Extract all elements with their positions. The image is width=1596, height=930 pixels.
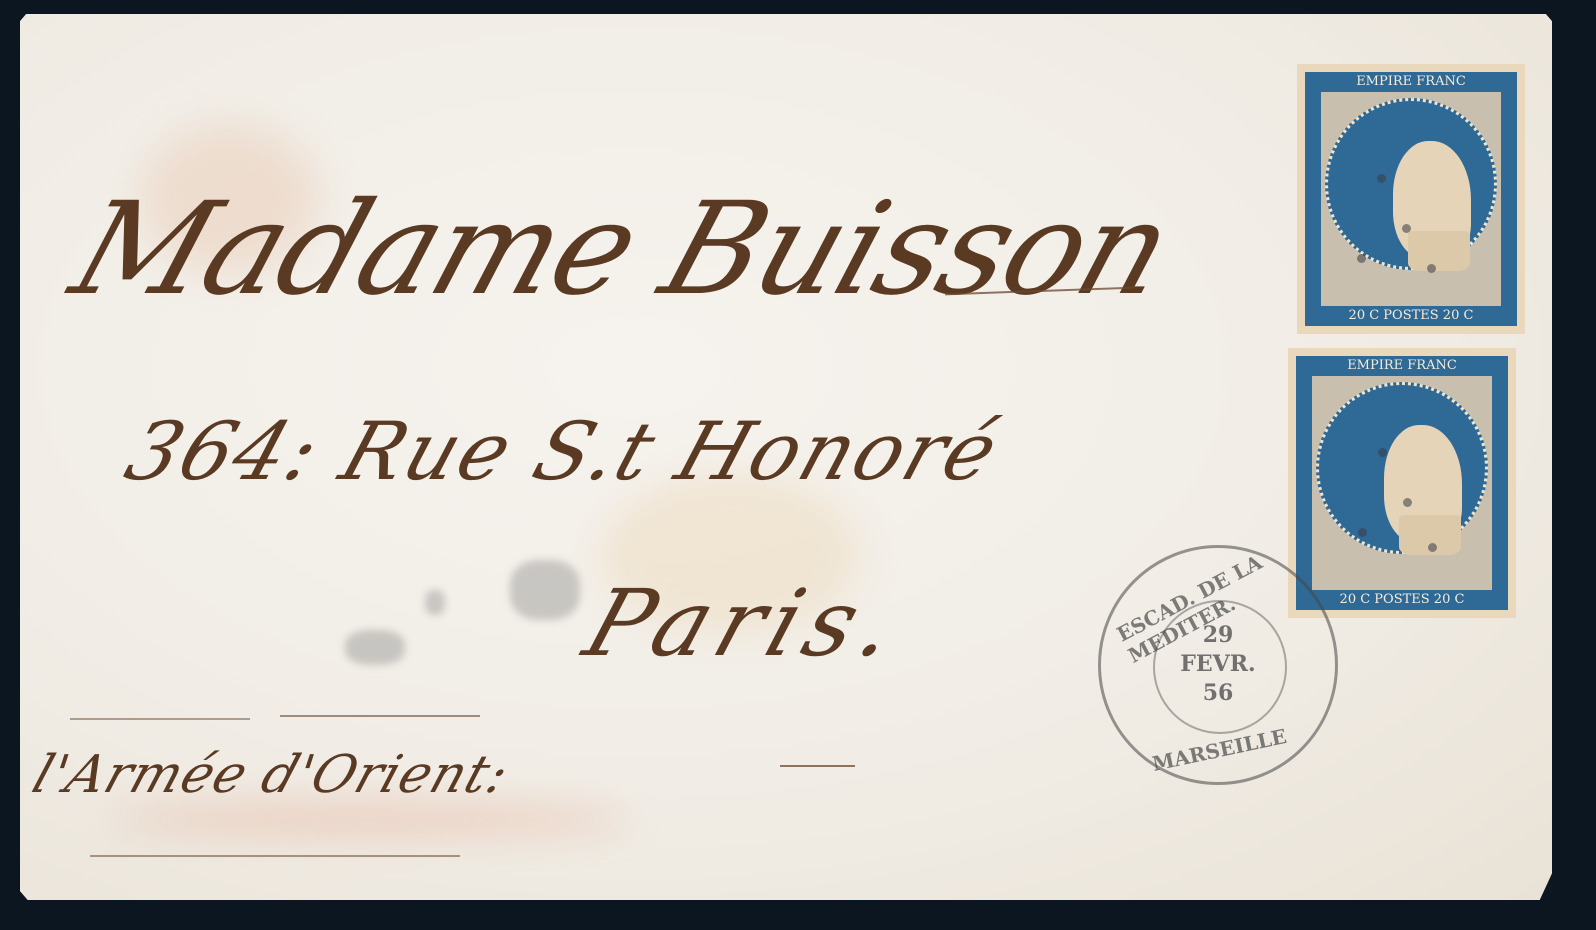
cancel-dot: [1377, 174, 1386, 183]
postage-stamp-top: EMPIRE FRANC 20 C POSTES 20 C: [1297, 64, 1525, 334]
divider-line: [280, 715, 480, 717]
stamp-top-legend: EMPIRE FRANC: [1305, 72, 1517, 92]
cancel-dot: [1378, 448, 1387, 457]
origin-note: l'Armée d'Orient:: [25, 745, 517, 805]
ink-smudge: [510, 560, 580, 620]
cancel-dot: [1427, 264, 1436, 273]
stamp-top-legend: EMPIRE FRANC: [1296, 356, 1508, 376]
city: Paris.: [573, 570, 918, 677]
cancel-dot: [1428, 543, 1437, 552]
street-address: 364: Rue S.t Honoré: [115, 405, 1011, 498]
portrait-medallion: [1325, 98, 1497, 270]
portrait-medallion: [1316, 382, 1488, 554]
postage-stamp-bottom: EMPIRE FRANC 20 C POSTES 20 C: [1288, 348, 1516, 618]
underline-flourish: [780, 765, 855, 767]
postmark: 29 FEVR. 56 ESCAD. DE LA MEDITER. MARSEI…: [1098, 545, 1338, 785]
paper-stain: [110, 804, 630, 834]
addressee-name: Madame Buisson: [56, 175, 1188, 324]
stamp-bottom-legend: 20 C POSTES 20 C: [1305, 306, 1517, 326]
cancel-dot: [1357, 254, 1366, 263]
cancel-dot: [1403, 498, 1412, 507]
cancel-dot: [1402, 224, 1411, 233]
postmark-year: 56: [1101, 680, 1335, 706]
ink-smudge: [345, 630, 405, 665]
divider-line: [90, 855, 460, 857]
divider-line: [70, 718, 250, 720]
stamp-bottom-legend: 20 C POSTES 20 C: [1296, 590, 1508, 610]
ink-smudge: [425, 590, 445, 615]
cancel-dot: [1358, 528, 1367, 537]
